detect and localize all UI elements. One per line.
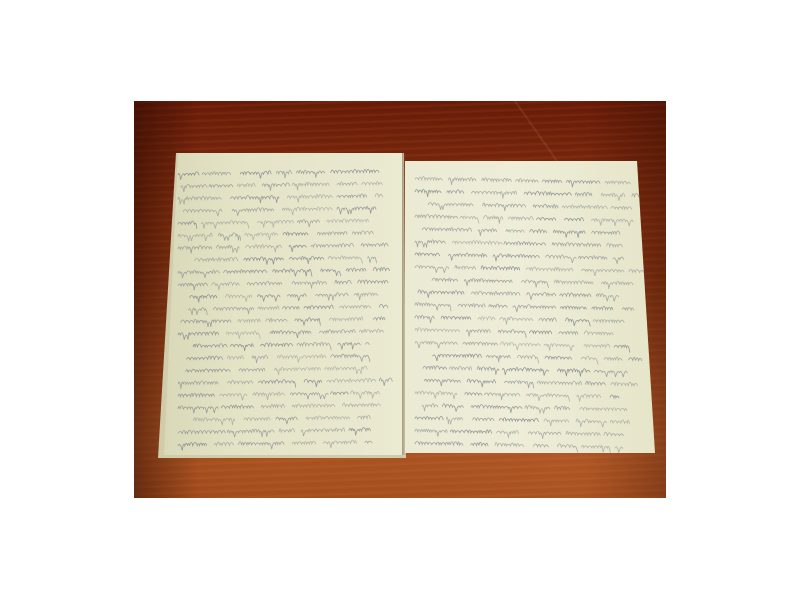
- left-page-fragment-1: 1945: [164, 153, 165, 154]
- left-page: 1945 Круглу: [164, 153, 402, 455]
- left-page-handwriting: [164, 153, 402, 455]
- photo-subject: Open handwritten notebook on a wooden ta…: [134, 101, 135, 102]
- right-page: [405, 161, 655, 453]
- notebook-photo: 1945 Круглу Open handwritten notebook on…: [134, 101, 666, 498]
- right-page-handwriting: [405, 161, 655, 453]
- left-page-fragment-2: Круглу: [164, 153, 165, 154]
